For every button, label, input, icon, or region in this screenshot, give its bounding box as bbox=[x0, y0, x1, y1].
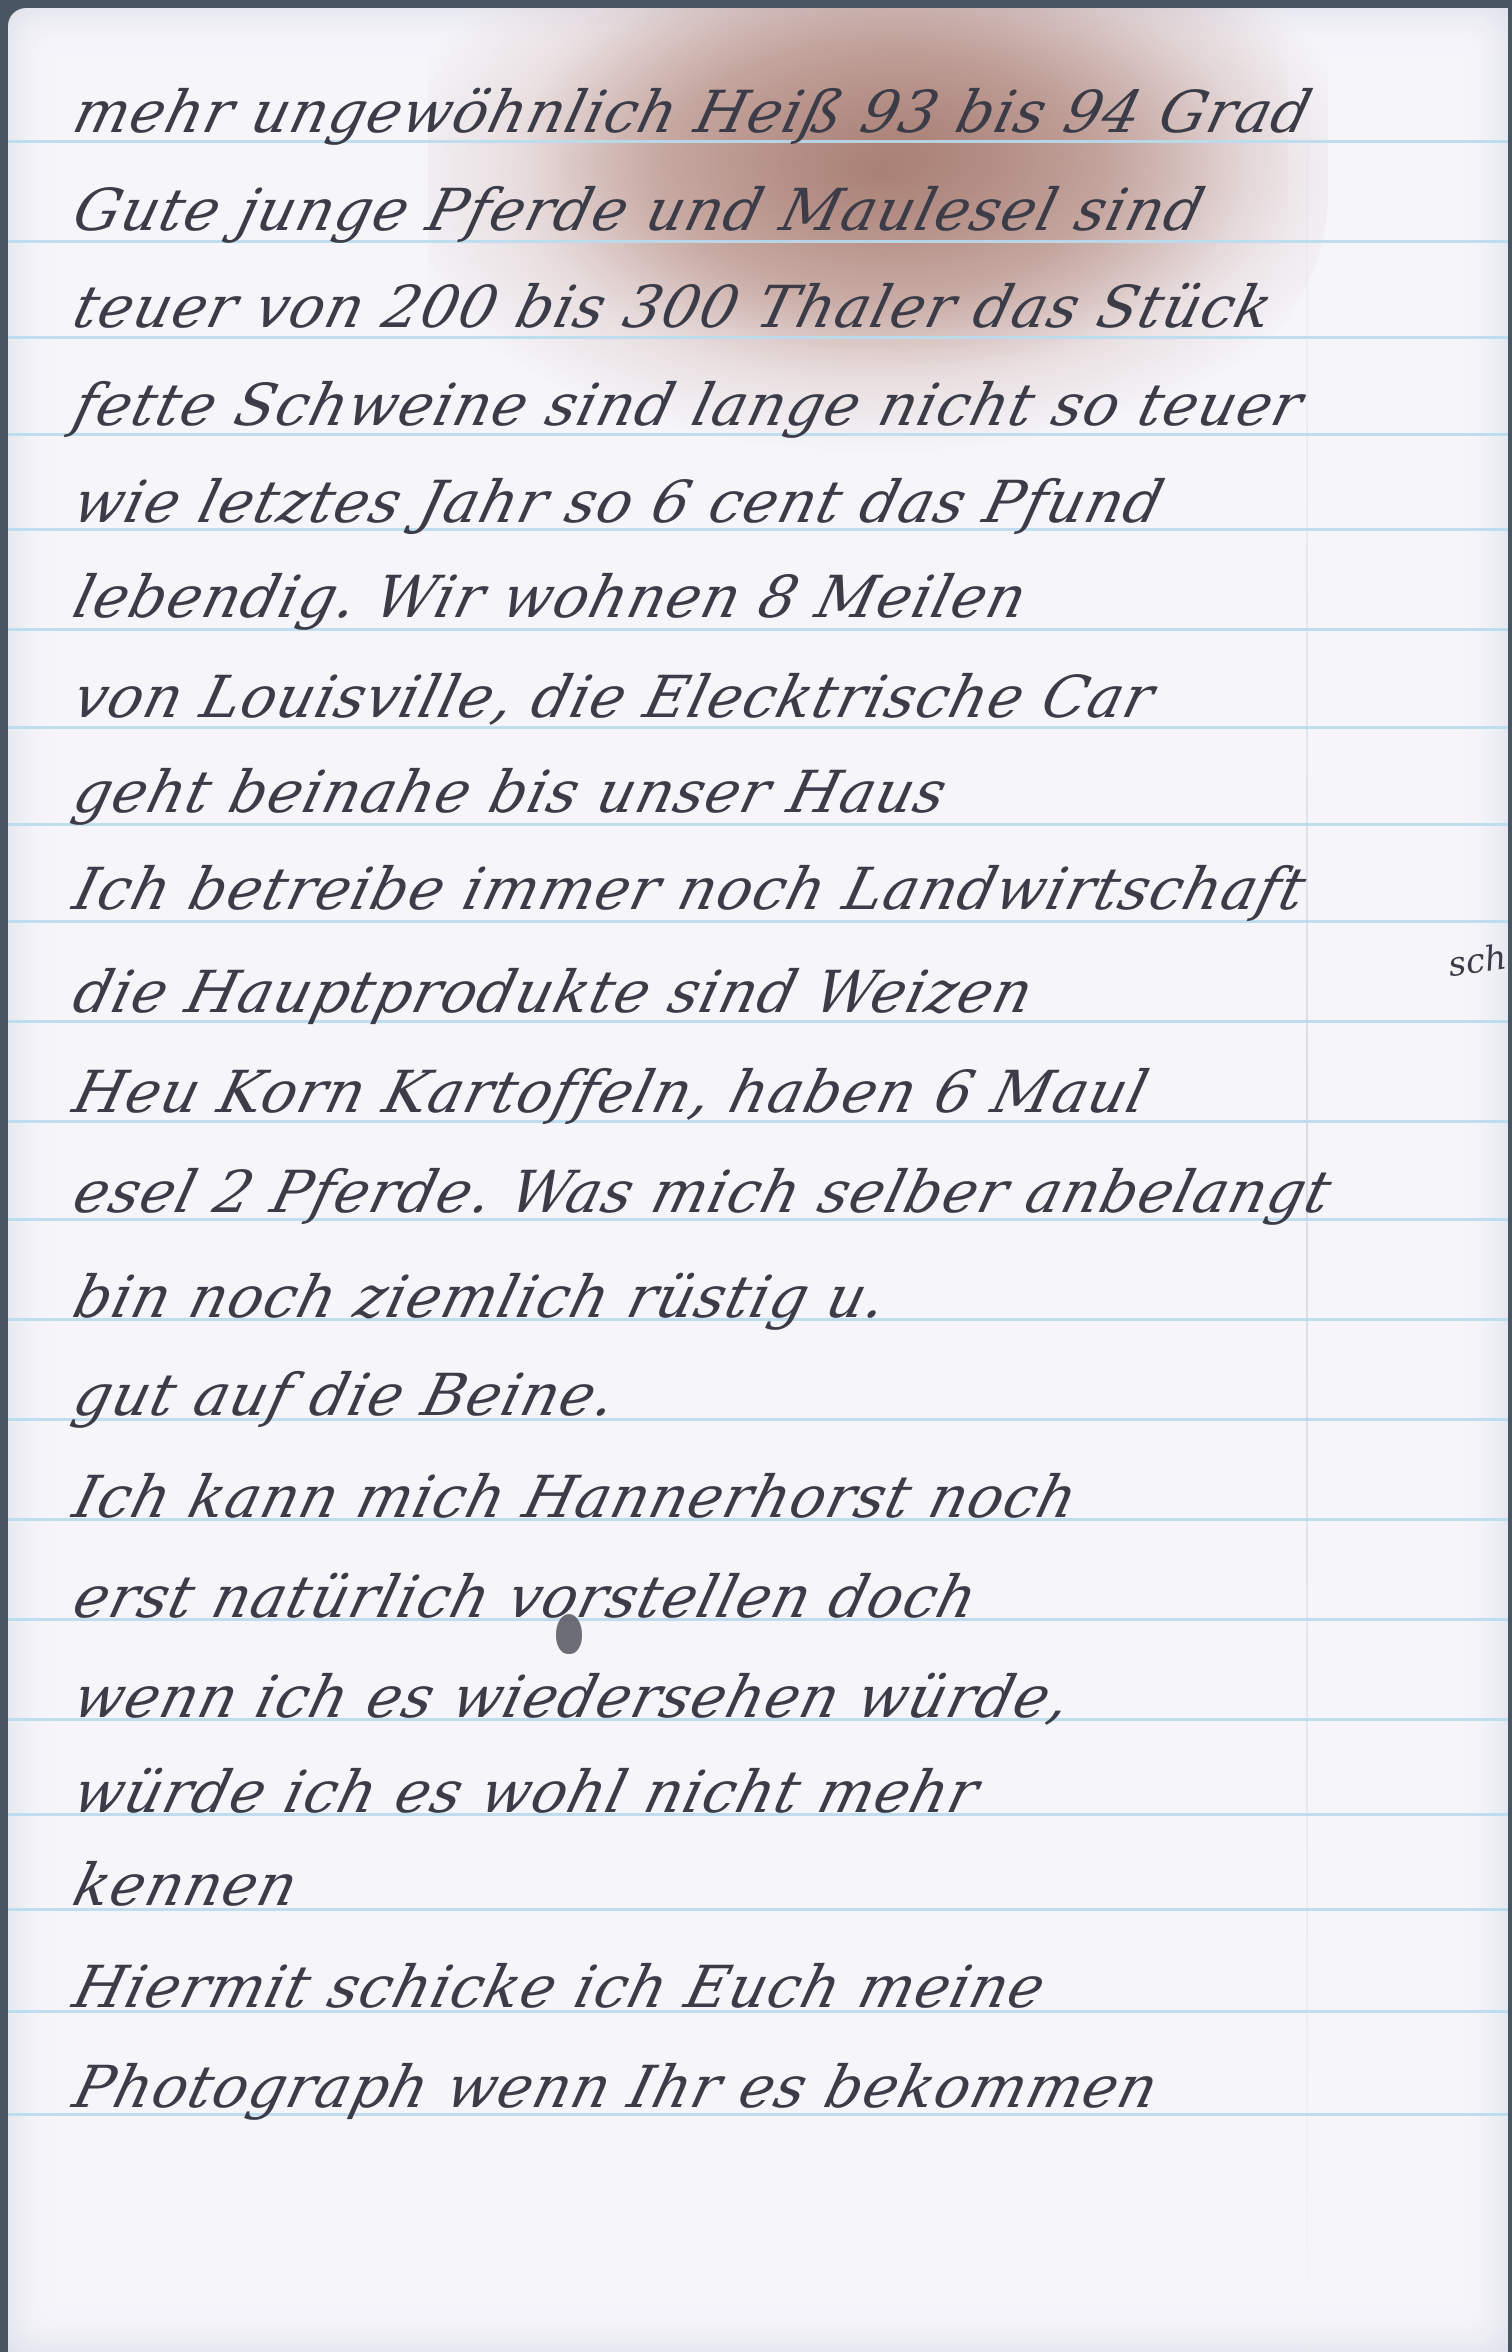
letter-page: mehr ungewöhnlich Heiß 93 bis 94 Grad Gu… bbox=[8, 8, 1508, 2352]
letter-line: Hiermit schicke ich Euch meine bbox=[68, 1958, 1052, 2016]
letter-line: wenn ich es wiedersehen würde, bbox=[68, 1668, 1077, 1726]
letter-line: Ich kann mich Hannerhorst noch bbox=[68, 1468, 1084, 1526]
letter-line: bin noch ziemlich rüstig u. bbox=[68, 1268, 893, 1326]
letter-line: Photograph wenn Ihr es bekommen bbox=[68, 2058, 1165, 2116]
letter-line: lebendig. Wir wohnen 8 Meilen bbox=[68, 568, 1033, 626]
letter-line: Gute junge Pferde und Maulesel sind bbox=[68, 181, 1211, 239]
letter-line: esel 2 Pferde. Was mich selber anbelangt bbox=[68, 1163, 1338, 1221]
letter-line: Ich betreibe immer noch Landwirtschaft bbox=[68, 860, 1312, 918]
letter-line: kennen bbox=[68, 1856, 304, 1914]
letter-line: fette Schweine sind lange nicht so teuer bbox=[68, 376, 1309, 434]
letter-line: die Hauptprodukte sind Weizen bbox=[68, 963, 1040, 1021]
letter-line: Heu Korn Kartoffeln, haben 6 Maul bbox=[68, 1063, 1155, 1121]
letter-line: teuer von 200 bis 300 Thaler das Stück bbox=[68, 278, 1279, 336]
letter-line: erst natürlich vorstellen doch bbox=[68, 1568, 984, 1626]
letter-line: würde ich es wohl nicht mehr bbox=[68, 1763, 985, 1821]
letter-line: gut auf die Beine. bbox=[68, 1366, 623, 1424]
letter-line: mehr ungewöhnlich Heiß 93 bis 94 Grad bbox=[68, 83, 1318, 141]
letter-line: von Louisville, die Elecktrische Car bbox=[68, 668, 1161, 726]
letter-line: wie letztes Jahr so 6 cent das Pfund bbox=[68, 473, 1170, 531]
margin-note: schaft bbox=[1446, 931, 1508, 985]
letter-line: geht beinahe bis unser Haus bbox=[68, 763, 953, 821]
